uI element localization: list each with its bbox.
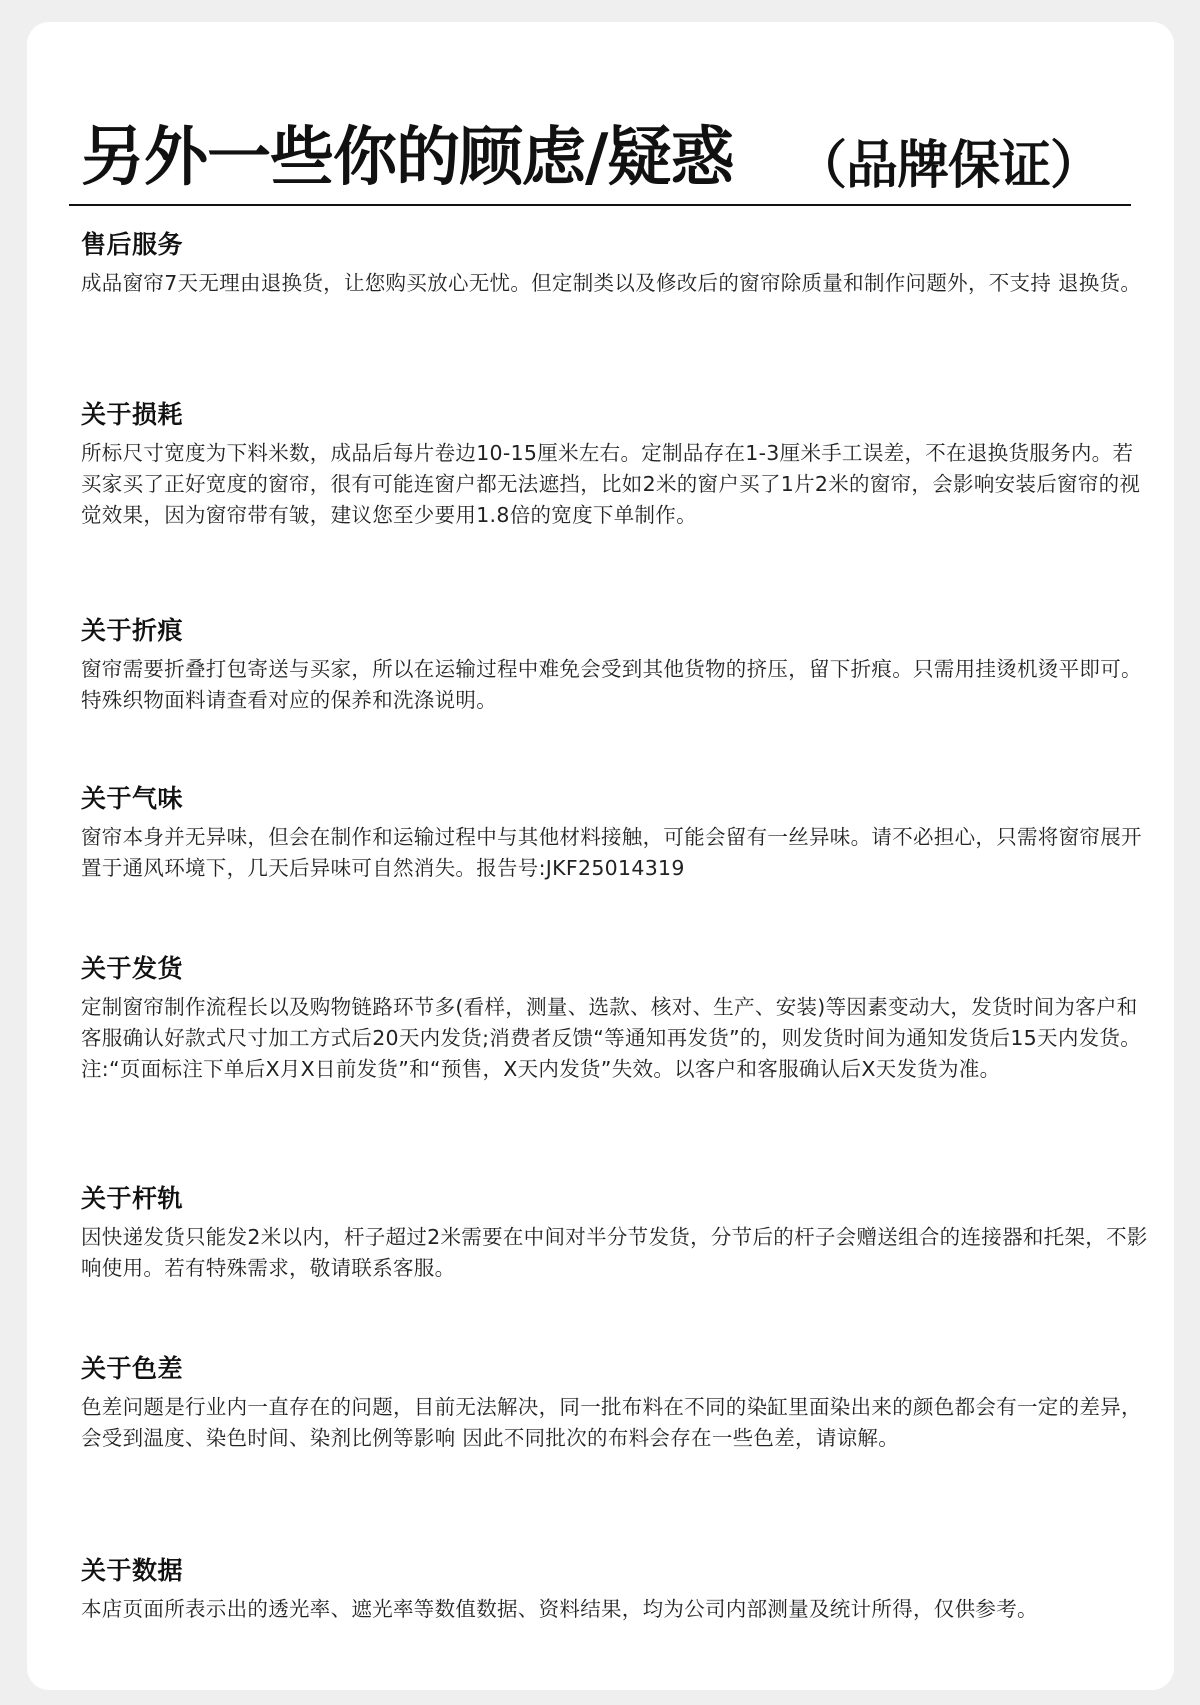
section-odor: 关于气味 窗帘本身并无异味，但会在制作和运输过程中与其他材料接触，可能会留有一丝… [81,782,1151,884]
section-heading: 关于折痕 [81,614,1151,648]
section-heading: 关于杆轨 [81,1182,1151,1216]
section-heading: 关于气味 [81,782,1151,816]
section-body: 色差问题是行业内一直存在的问题，目前无法解决，同一批布料在不同的染缸里面染出来的… [81,1392,1151,1454]
section-heading: 关于数据 [81,1554,1151,1588]
section-body: 窗帘需要折叠打包寄送与买家，所以在运输过程中难免会受到其他货物的挤压，留下折痕。… [81,654,1151,716]
section-body: 定制窗帘制作流程长以及购物链路环节多(看样，测量、选款、核对、生产、安装)等因素… [81,992,1151,1085]
page-title: 另外一些你的顾虑/疑惑 [81,108,733,208]
section-color-diff: 关于色差 色差问题是行业内一直存在的问题，目前无法解决，同一批布料在不同的染缸里… [81,1352,1151,1454]
section-body: 因快递发货只能发2米以内，杆子超过2米需要在中间对半分节发货，分节后的杆子会赠送… [81,1222,1151,1284]
section-shipping: 关于发货 定制窗帘制作流程长以及购物链路环节多(看样，测量、选款、核对、生产、安… [81,952,1151,1085]
section-body: 窗帘本身并无异味，但会在制作和运输过程中与其他材料接触，可能会留有一丝异味。请不… [81,822,1151,884]
section-creases: 关于折痕 窗帘需要折叠打包寄送与买家，所以在运输过程中难免会受到其他货物的挤压，… [81,614,1151,716]
section-loss: 关于损耗 所标尺寸宽度为下料米数，成品后每片卷边10-15厘米左右。定制品存在1… [81,398,1151,531]
section-heading: 关于损耗 [81,398,1151,432]
title-row: 另外一些你的顾虑/疑惑 （品牌保证） [81,108,1161,208]
section-data: 关于数据 本店页面所表示出的透光率、遮光率等数值数据、资料结果，均为公司内部测量… [81,1554,1151,1625]
section-body: 本店页面所表示出的透光率、遮光率等数值数据、资料结果，均为公司内部测量及统计所得… [81,1594,1151,1625]
page-subtitle: （品牌保证） [795,116,1101,216]
title-divider [69,204,1131,206]
section-body: 所标尺寸宽度为下料米数，成品后每片卷边10-15厘米左右。定制品存在1-3厘米手… [81,438,1151,531]
section-heading: 关于发货 [81,952,1151,986]
section-heading: 售后服务 [81,228,1151,262]
faq-card: 另外一些你的顾虑/疑惑 （品牌保证） 售后服务 成品窗帘7天无理由退换货，让您购… [27,22,1174,1690]
section-body: 成品窗帘7天无理由退换货，让您购买放心无忧。但定制类以及修改后的窗帘除质量和制作… [81,268,1151,299]
section-heading: 关于色差 [81,1352,1151,1386]
section-rods: 关于杆轨 因快递发货只能发2米以内，杆子超过2米需要在中间对半分节发货，分节后的… [81,1182,1151,1284]
section-after-sales: 售后服务 成品窗帘7天无理由退换货，让您购买放心无忧。但定制类以及修改后的窗帘除… [81,228,1151,299]
